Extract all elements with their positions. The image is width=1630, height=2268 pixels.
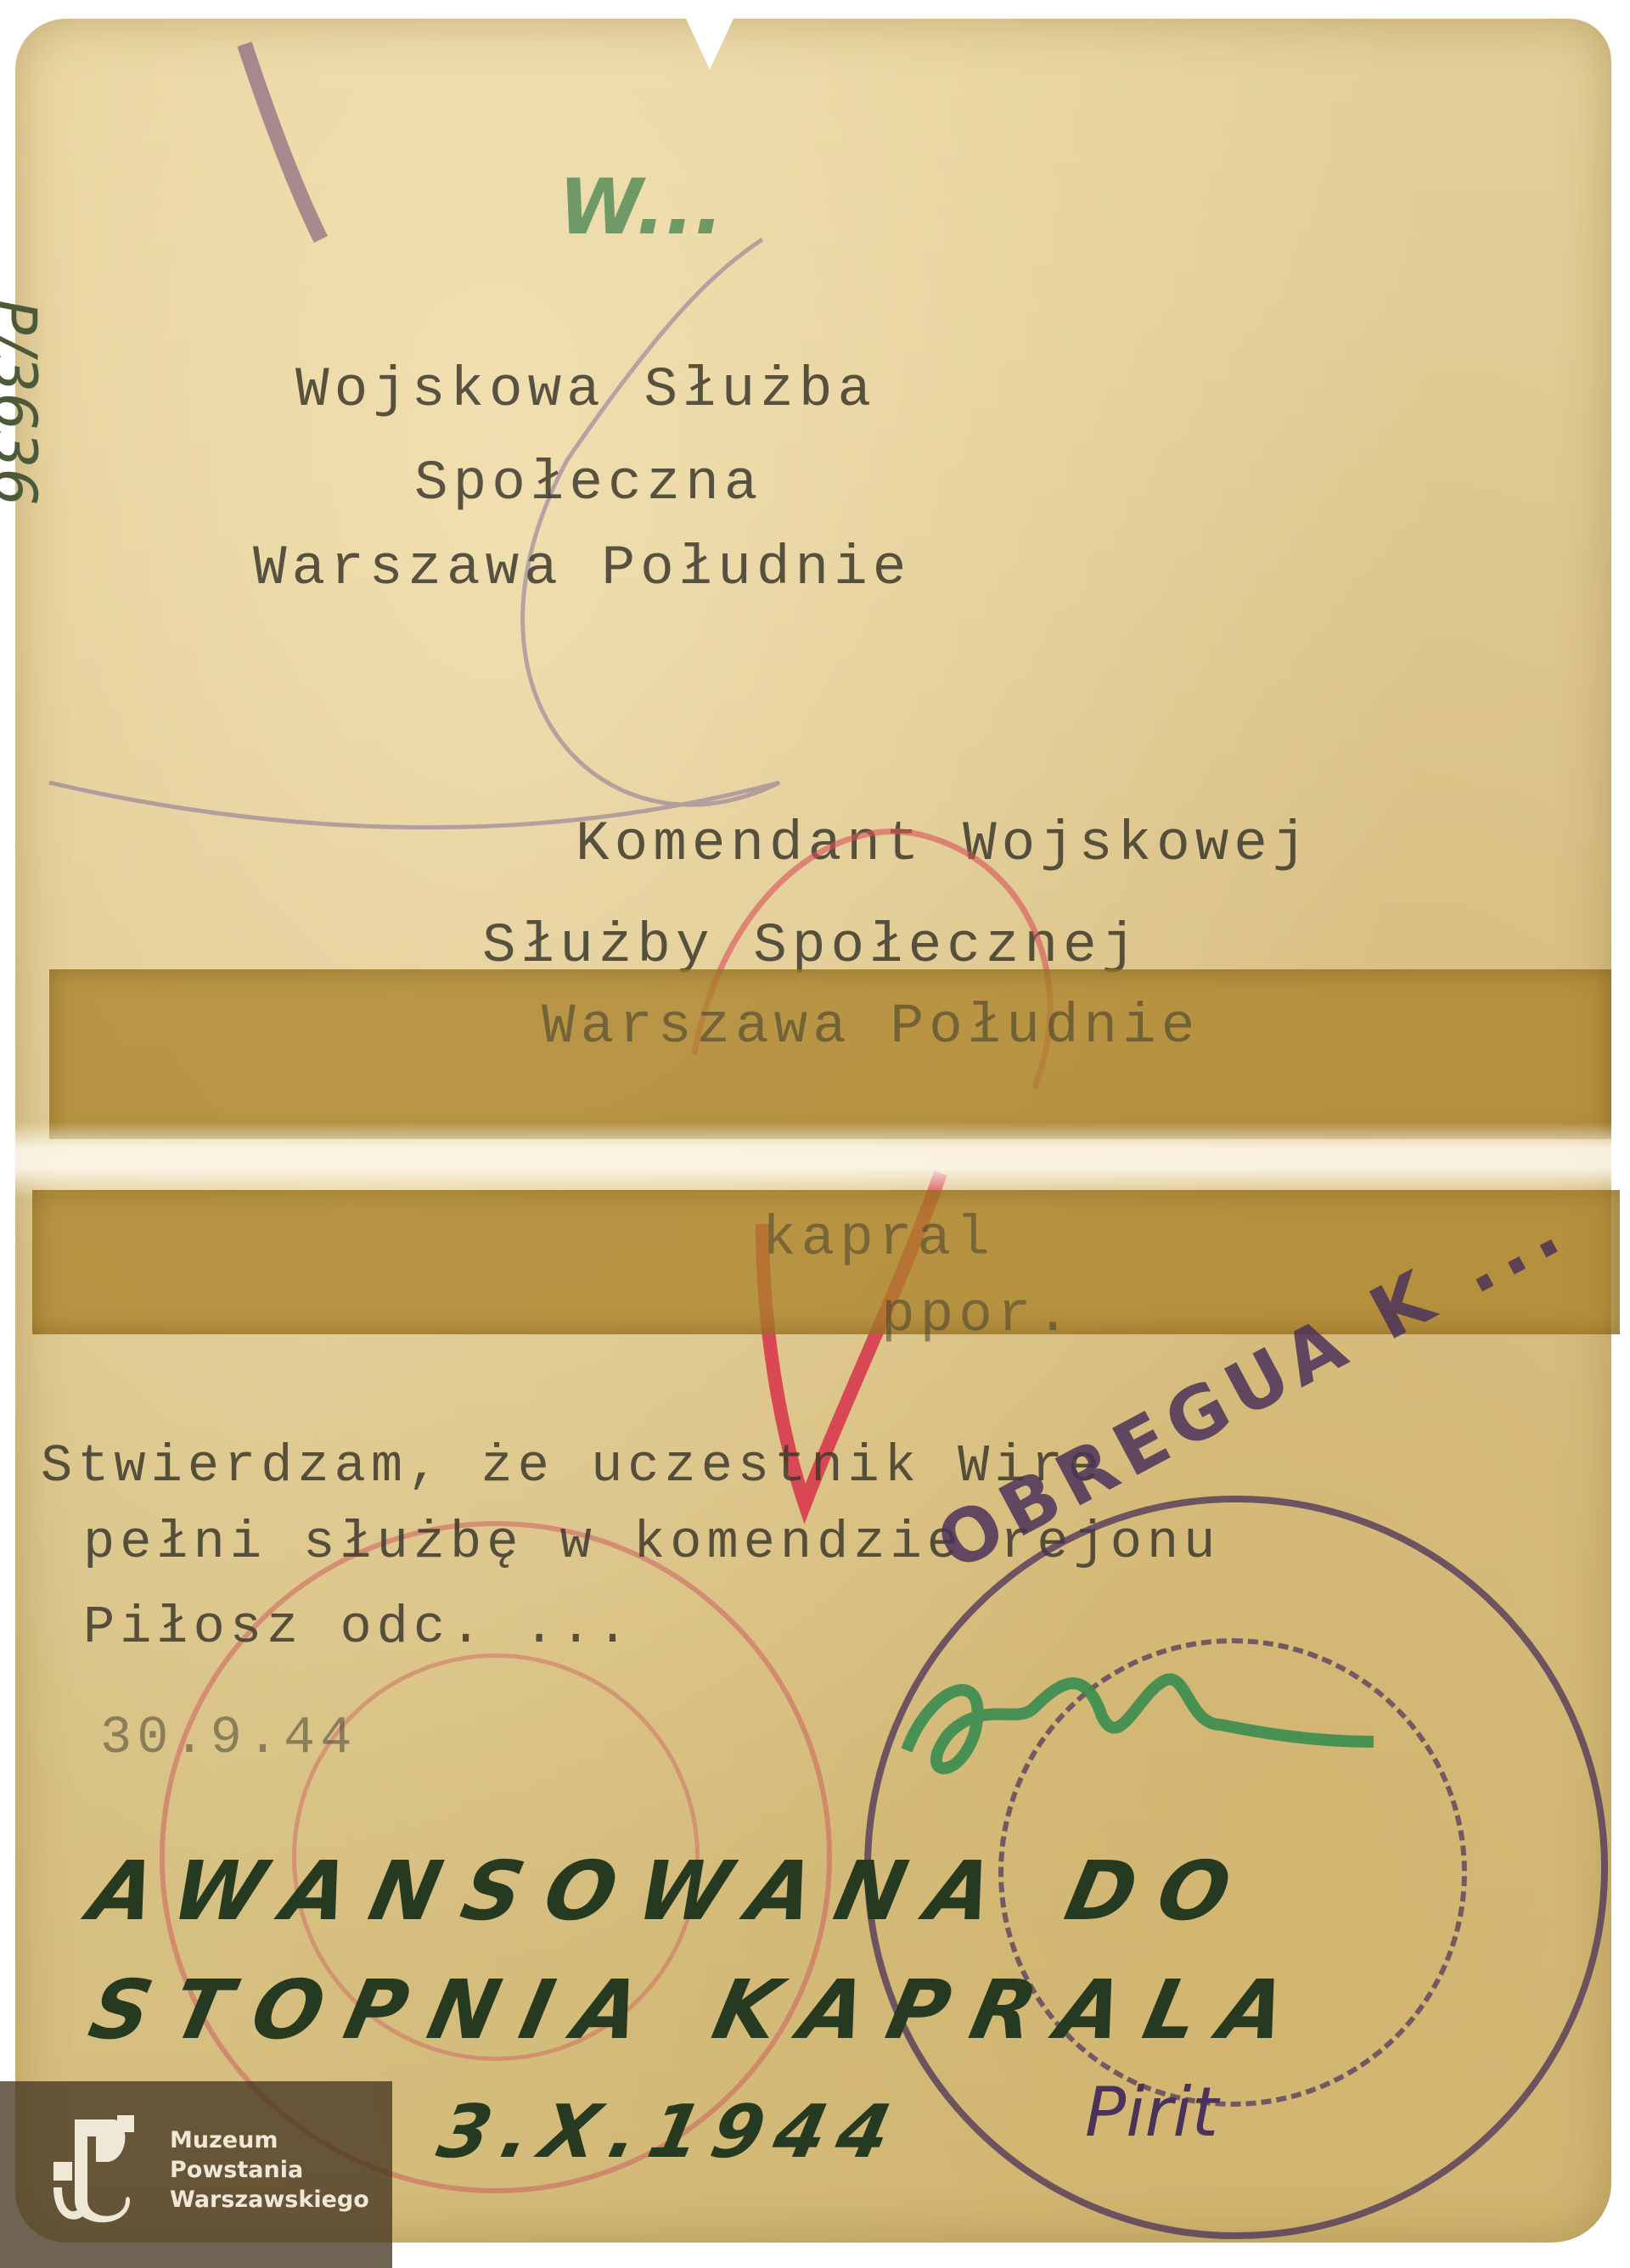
museum-name-line-1: Muzeum — [170, 2125, 369, 2155]
anchor-logo-icon — [49, 2115, 143, 2230]
museum-name: Muzeum Powstania Warszawskiego — [170, 2125, 369, 2215]
museum-name-line-3: Warszawskiego — [170, 2185, 369, 2215]
museum-watermark: Muzeum Powstania Warszawskiego — [0, 2081, 392, 2268]
museum-name-line-2: Powstania — [170, 2155, 369, 2185]
handwritten-note-date: 3.X.1944 — [430, 2090, 909, 2175]
document-card: P/3636 W... Wojskowa Służba Społeczna Wa… — [15, 19, 1611, 2243]
stamp-signature: Pirit — [1085, 2073, 1218, 2152]
handwritten-note-line-2: STOPNIA KAPRALA — [81, 1962, 1318, 2057]
handwritten-note-line-1: AWANSOWANA DO — [81, 1844, 1262, 1939]
